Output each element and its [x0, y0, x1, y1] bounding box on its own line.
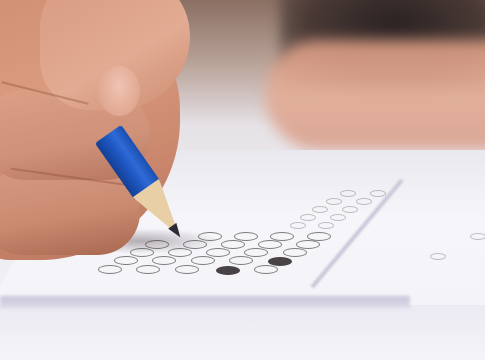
- answer-bubble: [370, 190, 386, 197]
- answer-bubble: [244, 248, 268, 257]
- answer-bubble: [221, 240, 245, 249]
- answer-bubble: [98, 265, 122, 274]
- answer-bubble: [229, 256, 253, 265]
- answer-bubble: [296, 240, 320, 249]
- answer-bubble: [307, 232, 331, 241]
- answer-bubble: [254, 265, 278, 274]
- answer-bubble: [152, 256, 176, 265]
- answer-bubble: [114, 256, 138, 265]
- answer-bubble: [340, 190, 356, 197]
- answer-bubble: [300, 214, 316, 221]
- answer-bubble: [136, 265, 160, 274]
- answer-bubble-filled: [216, 266, 240, 275]
- answer-bubble: [270, 232, 294, 241]
- answer-bubble: [191, 256, 215, 265]
- answer-bubble-filled: [268, 257, 292, 266]
- answer-bubble: [342, 206, 358, 213]
- answer-bubble: [234, 232, 258, 241]
- answer-bubble: [470, 233, 485, 240]
- answer-bubble: [326, 198, 342, 205]
- answer-bubble: [283, 248, 307, 257]
- photo-scene: [0, 0, 485, 360]
- answer-bubble: [258, 240, 282, 249]
- answer-bubble: [356, 198, 372, 205]
- answer-bubble: [175, 265, 199, 274]
- answer-bubble: [430, 253, 446, 260]
- answer-bubble: [330, 214, 346, 221]
- answer-bubble: [312, 206, 328, 213]
- answer-bubble: [290, 222, 306, 229]
- answer-bubble: [318, 222, 334, 229]
- thumbnail: [98, 66, 140, 116]
